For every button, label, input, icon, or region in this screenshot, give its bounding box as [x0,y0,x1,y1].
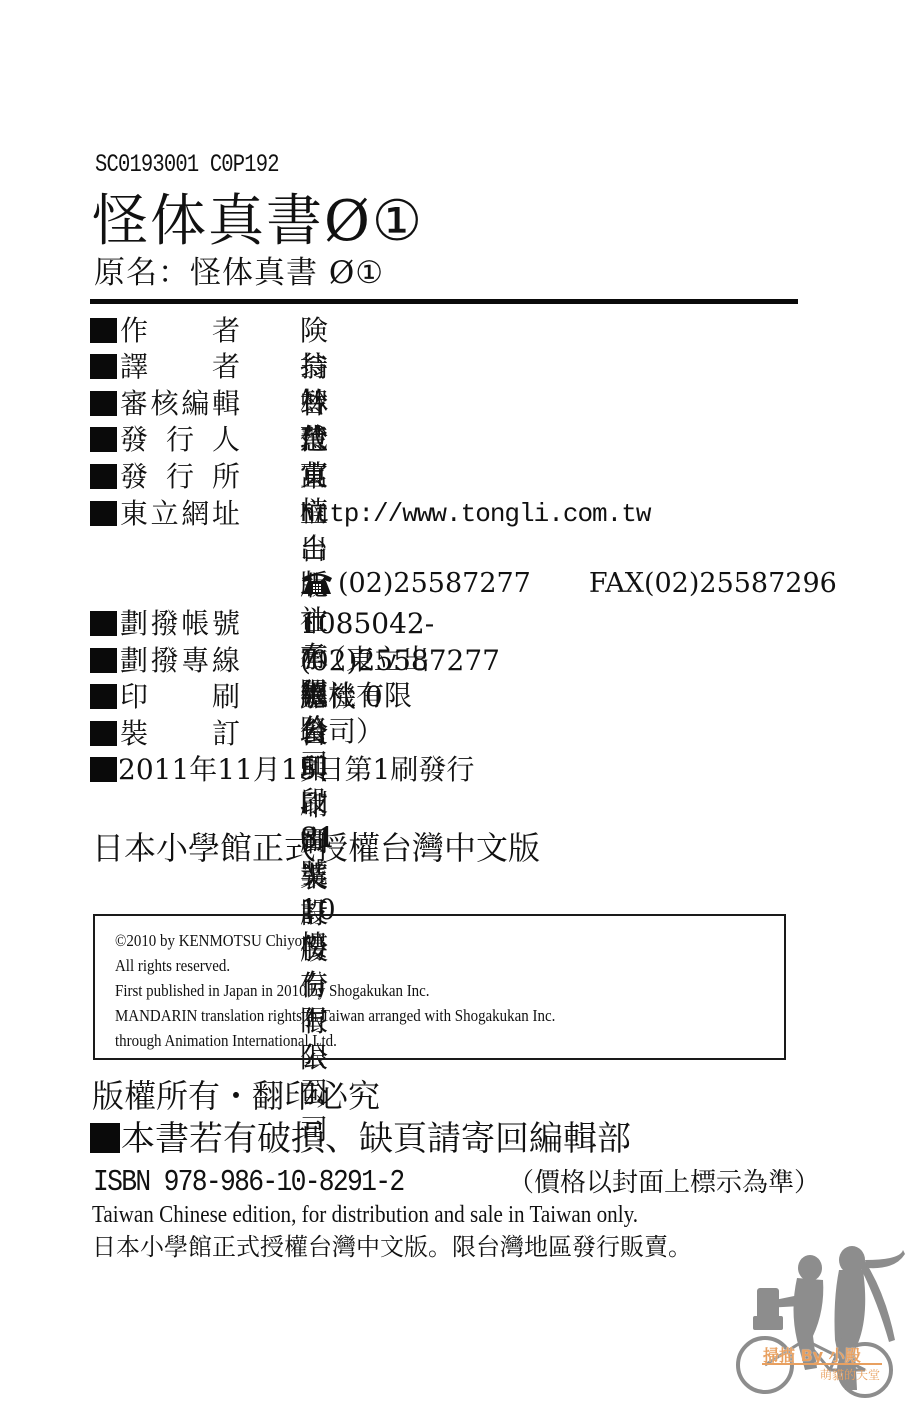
telephone-icon [300,571,334,595]
original-title: 原名：怪体真書 Ø① [94,255,384,291]
bullet-square-icon [90,464,117,489]
bullet-square-icon [90,684,117,709]
payment-row-printer: 印刷 嘉良印刷實業股份有限公司 [90,679,118,715]
watermark-underline [762,1363,882,1365]
chinese-distribution-note: 日本小學館正式授權台灣中文版。限台灣地區發行販賣。 [92,1232,692,1262]
english-distribution-note: Taiwan Chinese edition, for distribution… [92,1200,713,1230]
payment-row-account: 劃撥帳號 1085042-7（東立出版社有限公司） [90,606,118,642]
bullet-square-icon [90,721,117,746]
payment-row-binder: 裝訂 台興印刷裝訂股份有限公司 [90,716,118,752]
payment-label: 裝訂 [120,716,240,752]
copyright-line: MANDARIN translation rights in Taiwan ar… [115,1005,615,1027]
copyright-box: ©2010 by KENMOTSU Chiyo All rights reser… [93,914,786,1060]
damage-notice: 本書若有破損、缺頁請寄回編輯部 [121,1119,631,1159]
damage-notice-row: 本書若有破損、缺頁請寄回編輯部 [90,1118,631,1160]
bullet-square-icon [90,318,117,343]
payment-label: 劃撥專線 [120,643,240,679]
payment-row-hotline: 劃撥專線 (02)25587277 總機 0 [90,643,118,679]
payment-value: (02)25587277 總機 0 [300,643,500,715]
bullet-square-icon [90,501,117,526]
credit-label: 作者 [120,313,240,349]
bullet-square-icon [90,648,117,673]
price-note: （價格以封面上標示為準） [508,1166,820,1200]
watermark-subtext: 萌貓的天堂 [820,1366,880,1383]
credit-row-editor: 審核編輯 林慧宜 [90,386,118,422]
bullet-square-icon [90,354,117,379]
header-divider [90,299,798,304]
credit-label: 發行人 [120,422,240,458]
publish-date: 2011年11月15日第1刷發行 [118,753,474,786]
isbn: ISBN 978-986-10-8291-2 [93,1164,458,1202]
credit-label: 發行所 [120,459,240,495]
fax-number: FAX(02)25587296 [589,568,837,599]
payment-label: 印刷 [120,679,240,715]
phone-number: (02)25587277 [338,568,531,599]
copyright-line: ©2010 by KENMOTSU Chiyo [115,930,328,952]
bullet-square-icon [90,391,117,416]
bullet-square-icon [90,611,117,636]
website-link[interactable]: http://www.tongli.com.tw [300,496,650,532]
product-code: SC0193001 C0P192 [95,150,319,179]
credit-label: 審核編輯 [120,386,240,422]
rights-reserved: 版權所有・翻印必究 [92,1076,380,1116]
credit-row-author: 作者 険持智代 [90,313,118,349]
copyright-line: All rights reserved. [115,955,246,977]
credit-row-publisher: 發行所 東立出版社有限公司 [90,459,118,495]
bullet-square-icon [90,757,117,782]
copyright-line: First published in Japan in 2010 by Shog… [115,980,472,1002]
credit-row-translator: 譯者 翁蛉玲 [90,349,118,385]
bullet-square-icon [90,1123,120,1153]
payment-label: 劃撥帳號 [120,606,240,642]
copyright-line: through Animation International Ltd. [115,1030,367,1052]
credit-row-publisher-person: 發行人 范萬楠 [90,422,118,458]
credit-label: 東立網址 [120,496,240,532]
credit-label: 譯者 [120,349,240,385]
license-statement: 日本小學館正式授權台灣中文版 [92,828,540,868]
credit-row-website: 東立網址 http://www.tongli.com.tw [90,496,118,532]
publish-date-row: 2011年11月15日第1刷發行 [90,752,474,788]
bullet-square-icon [90,427,117,452]
book-title: 怪体真書Ø① [92,190,424,254]
contact-row: (02)25587277FAX(02)25587296 [300,566,837,602]
